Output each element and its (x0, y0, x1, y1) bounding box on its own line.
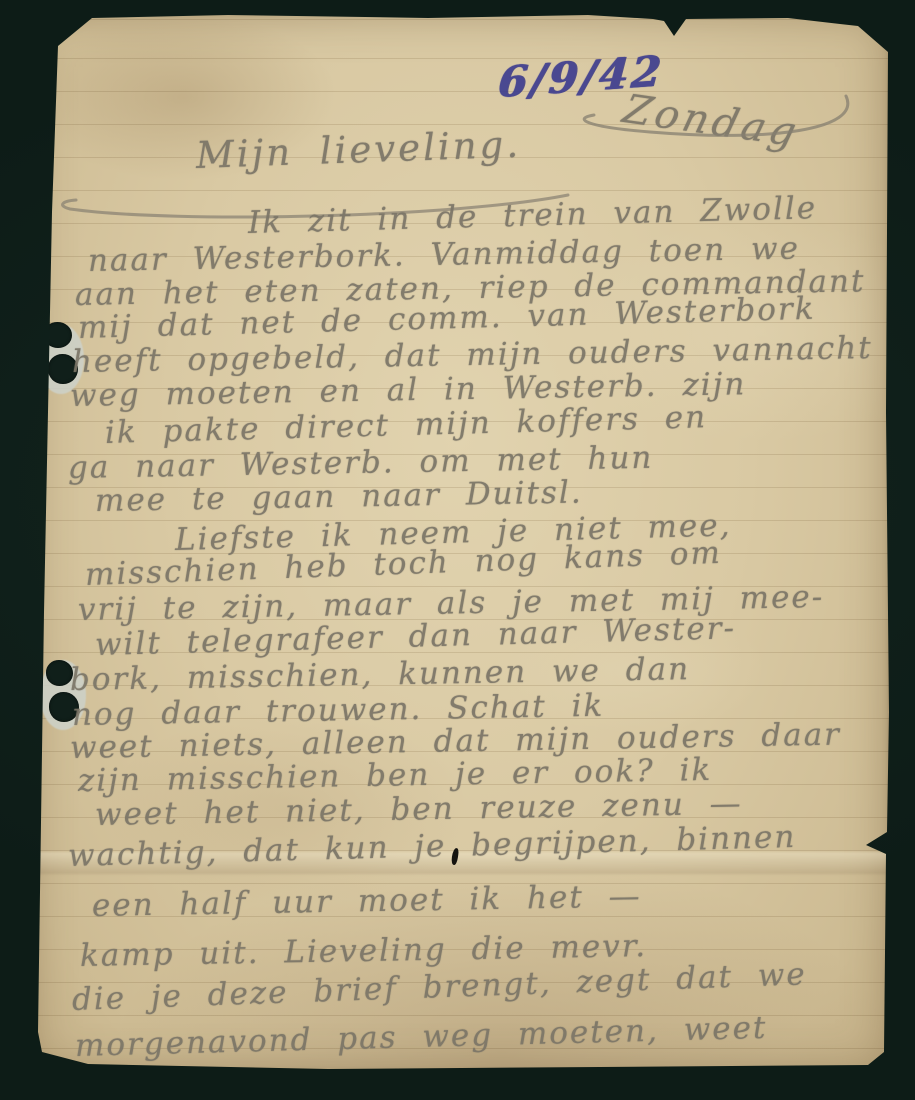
photo-background: 6/9/42 Zondag Mijn lieveling. Ik zit in … (0, 0, 915, 1100)
letter-line-23: morgenavond pas weg moeten, weet (75, 1010, 768, 1064)
letter-paper: 6/9/42 Zondag Mijn lieveling. Ik zit in … (28, 12, 890, 1074)
letter-salutation: Mijn lieveling. (195, 123, 521, 177)
letter-day: Zondag (618, 87, 804, 156)
punch-hole (44, 322, 72, 348)
letter-line-20: een half uur moet ik het — (92, 878, 642, 924)
